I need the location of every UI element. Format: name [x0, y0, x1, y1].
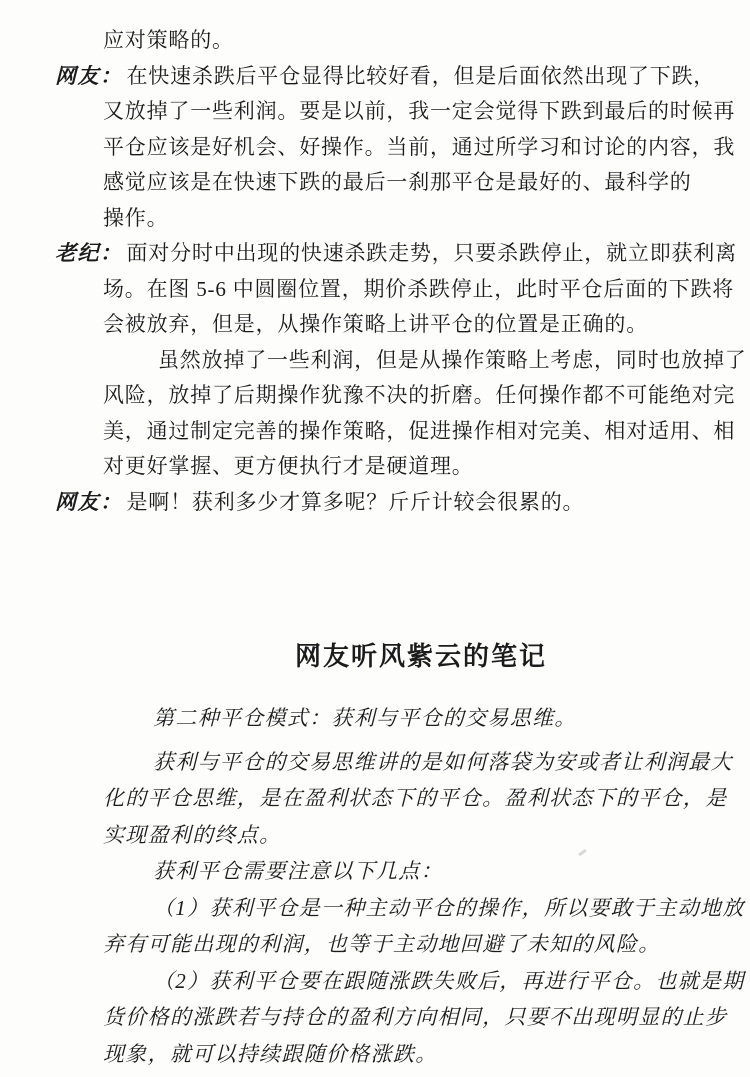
dialogue-line: 风险，放掉了后期操作犹豫不决的折磨。任何操作都不可能绝对完	[0, 378, 750, 414]
dialogue-line: 又放掉了一些利润。要是以前，我一定会觉得下跌到最后的时候再	[0, 94, 750, 130]
dialogue-line: 会被放弃，但是，从操作策略上讲平仓的位置是正确的。	[0, 307, 750, 343]
paragraph-continuation-line: 应对策略的。	[0, 23, 750, 59]
notes-line: 现象，就可以持续跟随价格涨跌。	[0, 1036, 750, 1073]
dialogue-line: 虽然放掉了一些利润，但是从操作策略上考虑，同时也放掉了	[0, 343, 750, 379]
dialogue-line-wangyou: 网友：是啊！获利多少才算多呢？斤斤计较会很累的。	[0, 485, 750, 521]
dialogue-line: 对更好掌握、更方便执行才是硬道理。	[0, 449, 750, 485]
dialogue-text: 面对分时中出现的快速杀跌走势，只要杀跌停止，就立即获利离	[127, 241, 737, 265]
dialogue-line: 场。在图 5-6 中圆圈位置，期价杀跌停止，此时平仓后面的下跌将	[0, 272, 750, 308]
notes-line: 第二种平仓模式：获利与平仓的交易思维。	[0, 700, 750, 737]
dialogue-line: 平仓应该是好机会、好操作。当前，通过所学习和讨论的内容，我	[0, 130, 750, 166]
dialogue-line-wangyou: 网友：在快速杀跌后平仓显得比较好看，但是后面依然出现了下跌，	[0, 59, 750, 95]
notes-line: 化的平仓思维，是在盈利状态下的平仓。盈利状态下的平仓，是	[0, 780, 750, 817]
notes-line: （1）获利平仓是一种主动平仓的操作，所以要敢于主动地放	[0, 890, 750, 927]
dialogue-section: 应对策略的。 网友：在快速杀跌后平仓显得比较好看，但是后面依然出现了下跌， 又放…	[0, 0, 750, 520]
speaker-label: 网友：	[55, 490, 123, 514]
speaker-label: 网友：	[55, 64, 123, 88]
dialogue-text: 是啊！获利多少才算多呢？斤斤计较会很累的。	[127, 490, 585, 514]
notes-line: 弃有可能出现的利润，也等于主动地回避了未知的风险。	[0, 926, 750, 963]
notes-section-title: 网友听风紫云的笔记	[46, 636, 750, 676]
notes-section: 第二种平仓模式：获利与平仓的交易思维。 获利与平仓的交易思维讲的是如何落袋为安或…	[0, 700, 750, 1072]
dialogue-line: 美，通过制定完善的操作策略，促进操作相对完美、相对适用、相	[0, 414, 750, 450]
notes-line: 获利与平仓的交易思维讲的是如何落袋为安或者让利润最大	[0, 744, 750, 781]
speaker-label: 老纪：	[55, 241, 123, 265]
scanned-book-page: 应对策略的。 网友：在快速杀跌后平仓显得比较好看，但是后面依然出现了下跌， 又放…	[0, 0, 750, 1077]
notes-line: 实现盈利的终点。	[0, 817, 750, 854]
notes-line: 获利平仓需要注意以下几点：	[0, 853, 750, 890]
dialogue-line: 操作。	[0, 201, 750, 237]
dialogue-text: 在快速杀跌后平仓显得比较好看，但是后面依然出现了下跌，	[127, 64, 716, 88]
notes-line: 货价格的涨跌若与持仓的盈利方向相同，只要不出现明显的止步	[0, 999, 750, 1036]
notes-line: （2）获利平仓要在跟随涨跌失败后，再进行平仓。也就是期	[0, 963, 750, 1000]
dialogue-line: 感觉应该是在快速下跌的最后一刹那平仓是最好的、最科学的	[0, 165, 750, 201]
dialogue-line-laoji: 老纪：面对分时中出现的快速杀跌走势，只要杀跌停止，就立即获利离	[0, 236, 750, 272]
